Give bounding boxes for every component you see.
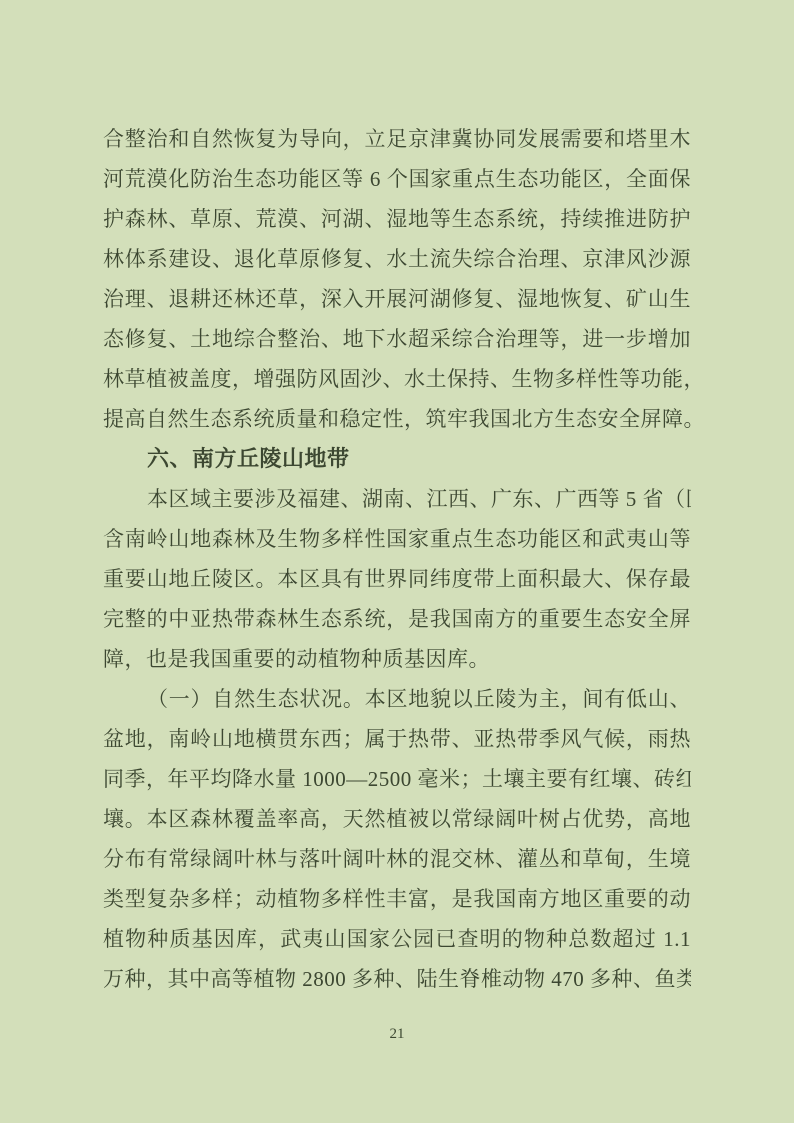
document-page: 合整治和自然恢复为导向，立足京津冀协同发展需要和塔里木 河荒漠化防治生态功能区等… — [0, 0, 794, 1123]
paragraph-lead: （一）自然生态状况。 — [147, 687, 365, 711]
text-line: 万种，其中高等植物 2800 多种、陆生脊椎动物 470 多种、鱼类 — [103, 959, 691, 999]
text-line: 障，也是我国重要的动植物种质基因库。 — [103, 639, 691, 679]
text-line: 林草植被盖度，增强防风固沙、水土保持、生物多样性等功能， — [103, 359, 691, 399]
text-line: 护森林、草原、荒漠、河湖、湿地等生态系统，持续推进防护 — [103, 199, 691, 239]
text-line: 合整治和自然恢复为导向，立足京津冀协同发展需要和塔里木 — [103, 119, 691, 159]
section-heading: 六、南方丘陵山地带 — [103, 439, 691, 479]
text-line: 含南岭山地森林及生物多样性国家重点生态功能区和武夷山等 — [103, 519, 691, 559]
text-line: 植物种质基因库，武夷山国家公园已查明的物种总数超过 1.1 — [103, 919, 691, 959]
text-line: 完整的中亚热带森林生态系统，是我国南方的重要生态安全屏 — [103, 599, 691, 639]
text-line: 态修复、土地综合整治、地下水超采综合治理等，进一步增加 — [103, 319, 691, 359]
text-line: 壤。本区森林覆盖率高，天然植被以常绿阔叶树占优势，高地 — [103, 799, 691, 839]
paragraph-text: 本区地貌以丘陵为主，间有低山、 — [365, 687, 691, 711]
text-line: （一）自然生态状况。本区地貌以丘陵为主，间有低山、 — [103, 679, 691, 719]
text-line: 类型复杂多样；动植物多样性丰富，是我国南方地区重要的动 — [103, 879, 691, 919]
text-line: 重要山地丘陵区。本区具有世界同纬度带上面积最大、保存最 — [103, 559, 691, 599]
text-line: 河荒漠化防治生态功能区等 6 个国家重点生态功能区，全面保 — [103, 159, 691, 199]
text-line: 盆地，南岭山地横贯东西；属于热带、亚热带季风气候，雨热 — [103, 719, 691, 759]
page-body-text: 合整治和自然恢复为导向，立足京津冀协同发展需要和塔里木 河荒漠化防治生态功能区等… — [103, 119, 691, 999]
text-line: 提高自然生态系统质量和稳定性，筑牢我国北方生态安全屏障。 — [103, 399, 691, 439]
text-line: 林体系建设、退化草原修复、水土流失综合治理、京津风沙源 — [103, 239, 691, 279]
text-line: 治理、退耕还林还草，深入开展河湖修复、湿地恢复、矿山生 — [103, 279, 691, 319]
text-line: 本区域主要涉及福建、湖南、江西、广东、广西等 5 省（区）， — [103, 479, 691, 519]
text-line: 同季，年平均降水量 1000—2500 毫米；土壤主要有红壤、砖红 — [103, 759, 691, 799]
page-number: 21 — [103, 1025, 691, 1043]
text-line: 分布有常绿阔叶林与落叶阔叶林的混交林、灌丛和草甸，生境 — [103, 839, 691, 879]
